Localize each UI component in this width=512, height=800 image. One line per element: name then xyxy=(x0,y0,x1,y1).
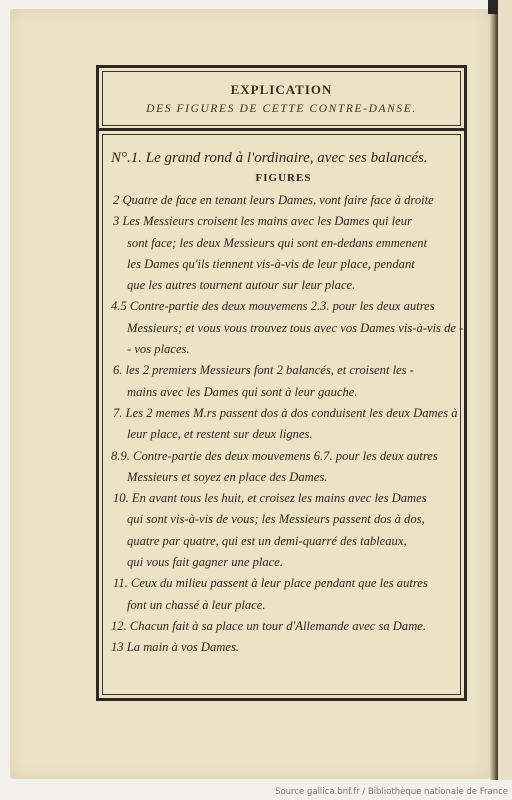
entry-line: quatre par quatre, qui est un demi-quarr… xyxy=(111,531,456,552)
figure-entry-6: 6. les 2 premiers Messieurs font 2 balan… xyxy=(111,360,456,403)
entry-line: 12. Chacun fait à sa place un tour d'All… xyxy=(111,616,456,637)
facing-page-edge xyxy=(498,0,512,780)
figure-entry-8-9: 8.9. Contre-partie des deux mouvemens 6.… xyxy=(111,446,456,489)
gutter-shadow xyxy=(488,0,498,14)
figure-entry-10: 10. En avant tous les huit, et croisez l… xyxy=(111,488,456,573)
frame-divider xyxy=(99,128,464,131)
entry-line: que les autres tournent autour sur leur … xyxy=(111,275,456,296)
engraved-frame: EXPLICATION DES FIGURES DE CETTE CONTRE-… xyxy=(96,65,467,701)
figure-entry-2: 2 Quatre de face en tenant leurs Dames, … xyxy=(111,190,456,211)
figure-entry-4-5: 4.5 Contre-partie des deux mouvemens 2.3… xyxy=(111,296,456,360)
entry-line: 13 La main à vos Dames. xyxy=(111,637,456,658)
page-subtitle: DES FIGURES DE CETTE CONTRE-DANSE. xyxy=(103,103,460,115)
figure-entries: N°.1. Le grand rond à l'ordinaire, avec … xyxy=(111,147,456,659)
entry-line: font un chassé à leur place. xyxy=(111,595,456,616)
entry-line: 2 Quatre de face en tenant leurs Dames, … xyxy=(111,190,456,211)
entry-line: 8.9. Contre-partie des deux mouvemens 6.… xyxy=(111,446,456,467)
figure-entry-7: 7. Les 2 memes M.rs passent dos à dos co… xyxy=(111,403,456,446)
book-gutter xyxy=(490,0,498,780)
entry-line: 7. Les 2 memes M.rs passent dos à dos co… xyxy=(111,403,456,424)
figure-entry-3: 3 Les Messieurs croisent les mains avec … xyxy=(111,211,456,296)
lead-entry: N°.1. Le grand rond à l'ordinaire, avec … xyxy=(111,147,456,169)
entry-line: Messieurs; et vous vous trouvez tous ave… xyxy=(111,318,456,339)
entry-line: sont face; les deux Messieurs qui sont e… xyxy=(111,233,456,254)
entry-line: 6. les 2 premiers Messieurs font 2 balan… xyxy=(111,360,456,381)
source-credit: Source gallica.bnf.fr / Bibliothèque nat… xyxy=(275,787,508,797)
entry-line: mains avec les Dames qui sont à leur gau… xyxy=(111,382,456,403)
document-viewer: EXPLICATION DES FIGURES DE CETTE CONTRE-… xyxy=(0,0,512,800)
figure-entry-12: 12. Chacun fait à sa place un tour d'All… xyxy=(111,616,456,637)
entry-line: les Dames qu'ils tiennent vis-à-vis de l… xyxy=(111,254,456,275)
entry-line: Messieurs et soyez en place des Dames. xyxy=(111,467,456,488)
entry-line: - vos places. xyxy=(111,339,456,360)
entry-line: 11. Ceux du milieu passent à leur place … xyxy=(111,573,456,594)
section-heading: FIGURES xyxy=(111,172,456,184)
entry-line: 4.5 Contre-partie des deux mouvemens 2.3… xyxy=(111,296,456,317)
header-box: EXPLICATION DES FIGURES DE CETTE CONTRE-… xyxy=(102,71,461,126)
scanned-page: EXPLICATION DES FIGURES DE CETTE CONTRE-… xyxy=(10,9,490,779)
body-box: N°.1. Le grand rond à l'ordinaire, avec … xyxy=(102,134,461,695)
figure-entry-13: 13 La main à vos Dames. xyxy=(111,637,456,658)
entry-line: leur place, et restent sur deux lignes. xyxy=(111,424,456,445)
page-title: EXPLICATION xyxy=(103,82,460,98)
entry-line: 10. En avant tous les huit, et croisez l… xyxy=(111,488,456,509)
entry-line: qui sont vis-à-vis de vous; les Messieur… xyxy=(111,509,456,530)
figure-entry-11: 11. Ceux du milieu passent à leur place … xyxy=(111,573,456,616)
entry-line: qui vous fait gagner une place. xyxy=(111,552,456,573)
entry-line: 3 Les Messieurs croisent les mains avec … xyxy=(111,211,456,232)
